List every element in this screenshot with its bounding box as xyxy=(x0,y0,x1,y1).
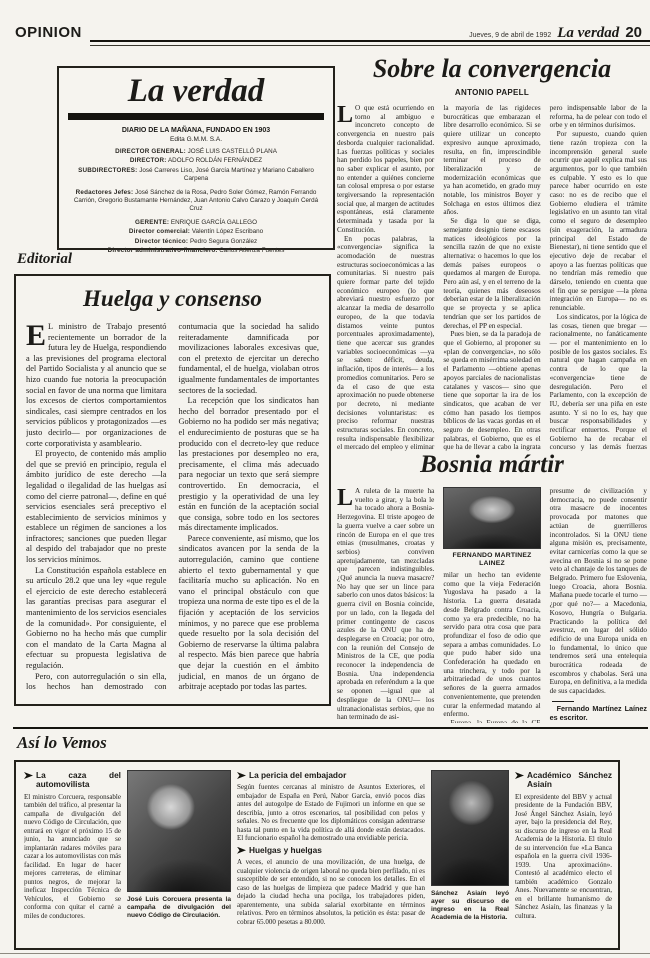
asi-item-text: Según fuentes cercanas al ministro de As… xyxy=(237,783,425,843)
article-paragraph: Europa, la Europa de la CE que xyxy=(443,719,540,723)
asi-item-heading: Huelgas y huelgas xyxy=(237,846,425,855)
editorial-paragraph: La Constitución española establece en su… xyxy=(26,566,167,672)
staff-line: DIRECTOR: ADOLFO ROLDÁN FERNÁNDEZ xyxy=(71,157,321,165)
masthead-edita-line: Edita G.M.M. S.A. xyxy=(59,135,333,144)
asi-item-text: A veces, el anuncio de una movilización,… xyxy=(237,858,425,926)
bosnia-column-left: LA ruleta de la muerte ha vuelto a girar… xyxy=(337,487,434,723)
asi-item-caza: La caza del automovilista El ministro Co… xyxy=(24,770,121,940)
staff-line: DIRECTOR GENERAL: JOSÉ LUIS CASTELLÓ PLA… xyxy=(71,148,321,156)
signature-rule xyxy=(552,701,574,702)
asi-photo-column-asiain: Sánchez Asiaín leyó ayer su discurso de … xyxy=(431,770,509,940)
staff-value: Pedro Segura González xyxy=(190,238,257,245)
section-bullet-icon xyxy=(237,847,246,854)
editorial-paragraph: La recepción que los sindicatos han hech… xyxy=(179,396,320,534)
staff-value: José Carreres Liso, José García Martínez… xyxy=(139,167,314,182)
staff-line: Director comercial: Valentín López Escri… xyxy=(71,228,321,236)
masthead-divider xyxy=(68,113,324,120)
asi-item-pericia-huelgas: La pericia del embajador Según fuentes c… xyxy=(237,770,425,940)
page-bottom-rule xyxy=(0,953,650,954)
section-bullet-icon xyxy=(515,772,524,779)
editorial-title: Huelga y consenso xyxy=(26,284,319,314)
article-paragraph: LA ruleta de la muerte ha vuelto a girar… xyxy=(337,487,434,722)
newspaper-page: OPINION Jueves, 9 de abril de 1992 La ve… xyxy=(0,0,650,958)
asi-lo-vemos-rule xyxy=(13,727,648,729)
bosnia-column-center: FERNANDO MARTINEZ LAINEZ milar un hecho … xyxy=(443,487,540,723)
staff-value: ADOLFO ROLDÁN FERNÁNDEZ xyxy=(168,157,262,164)
asi-item-text: El ministro Corcuera, responsable tambié… xyxy=(24,793,121,921)
masthead-founded-line: DIARIO DE LA MAÑANA, FUNDADO EN 1903 xyxy=(59,126,333,135)
bosnia-article: Bosnia mártir LA ruleta de la muerte ha … xyxy=(337,450,647,723)
bosnia-author-byline: FERNANDO MARTINEZ LAINEZ xyxy=(443,552,540,568)
section-bullet-icon xyxy=(24,772,33,779)
asiain-photo-caption: Sánchez Asiaín leyó ayer su discurso de … xyxy=(431,890,509,922)
staff-line: Director técnico: Pedro Segura González xyxy=(71,238,321,246)
asi-photo-column-corcuera: José Luis Corcuera presenta la campaña d… xyxy=(127,770,231,940)
header-rule xyxy=(90,40,650,46)
staff-line: SUBDIRECTORES: José Carreres Liso, José … xyxy=(71,167,321,184)
staff-value: Carlos Atienza Fuentes xyxy=(219,247,284,254)
asi-item-title: Huelgas y huelgas xyxy=(249,846,322,855)
convergencia-title: Sobre la convergencia xyxy=(337,54,647,84)
asi-item-title: Académico Sánchez Asiaín xyxy=(527,771,612,790)
asi-item-heading: La pericia del embajador xyxy=(237,771,425,780)
staff-label: Director administrativo-financiero. xyxy=(108,247,218,254)
article-signature: Fernando Martínez Laínez es escritor. xyxy=(550,705,647,722)
asiain-photo xyxy=(431,770,509,886)
bosnia-columns: LA ruleta de la muerte ha vuelto a girar… xyxy=(337,487,647,723)
editorial-box: Huelga y consenso EL ministro de Trabajo… xyxy=(14,274,331,706)
masthead-box: La verdad DIARIO DE LA MAÑANA, FUNDADO E… xyxy=(57,66,335,250)
staff-label: GERENTE: xyxy=(135,219,169,226)
section-bullet-icon xyxy=(237,772,246,779)
editorial-section-label: Editorial xyxy=(17,251,72,268)
staff-value: Valentín López Escribano xyxy=(192,228,263,235)
asi-item-academico: Académico Sánchez Asiaín El expresidente… xyxy=(515,770,612,940)
convergencia-dropcap: L xyxy=(337,104,355,125)
staff-line: Redactores Jefes: José Sánchez de la Ros… xyxy=(71,189,321,214)
staff-value: ENRIQUE GARCÍA GALLEGO xyxy=(171,219,257,226)
corcuera-photo-caption: José Luis Corcuera presenta la campaña d… xyxy=(127,896,231,920)
staff-label: DIRECTOR: xyxy=(130,157,167,164)
convergencia-body: LO que está ocurriendo en torno al ambig… xyxy=(337,104,647,454)
editorial-body: EL ministro de Trabajo presentó reciente… xyxy=(26,322,319,696)
edition-date: Jueves, 9 de abril de 1992 xyxy=(469,32,551,39)
asi-lo-vemos-title: Así lo Vemos xyxy=(17,733,107,753)
asi-item-title: La pericia del embajador xyxy=(249,771,346,780)
asi-item-heading: La caza del automovilista xyxy=(24,771,121,790)
asi-item-heading: Académico Sánchez Asiaín xyxy=(515,771,612,790)
staff-label: Director técnico: xyxy=(135,238,188,245)
bosnia-dropcap: L xyxy=(337,487,355,508)
asi-item-text: El expresidente del BBV y actual preside… xyxy=(515,793,612,921)
staff-label: SUBDIRECTORES: xyxy=(78,167,137,174)
asi-item-title: La caza del automovilista xyxy=(36,771,121,790)
article-paragraph: Por supuesto, cuando quien tiene razón t… xyxy=(550,130,647,313)
editorial-paragraph: El proyecto, de contenido más amplio del… xyxy=(26,449,167,566)
editorial-paragraph: Parece conveniente, así mismo, que los s… xyxy=(179,534,320,693)
page-number: 20 xyxy=(625,24,642,41)
bosnia-title: Bosnia mártir xyxy=(337,450,647,480)
asi-lo-vemos-box: La caza del automovilista El ministro Co… xyxy=(14,760,620,950)
staff-label: Director comercial: xyxy=(129,228,190,235)
bosnia-column-right: presume de civilización y democracia, no… xyxy=(550,487,647,723)
staff-line: Director administrativo-financiero. Carl… xyxy=(71,247,321,255)
staff-label: DIRECTOR GENERAL: xyxy=(115,148,186,155)
editorial-paragraph: EL ministro de Trabajo presentó reciente… xyxy=(26,322,167,449)
bosnia-author-photo xyxy=(443,487,540,549)
convergencia-byline: ANTONIO PAPELL xyxy=(337,88,647,97)
article-paragraph: milar un hecho tan evidente como que la … xyxy=(443,571,540,719)
convergencia-article: Sobre la convergencia ANTONIO PAPELL LO … xyxy=(337,54,647,454)
corcuera-photo xyxy=(127,770,231,892)
masthead-title: La verdad xyxy=(59,73,333,109)
article-paragraph: LO que está ocurriendo en torno al ambig… xyxy=(337,104,434,235)
staff-value: JOSÉ LUIS CASTELLÓ PLANA xyxy=(188,148,277,155)
staff-label: Redactores Jefes: xyxy=(76,189,134,196)
section-label: OPINION xyxy=(15,24,82,41)
article-paragraph: Se diga lo que se diga, semejante design… xyxy=(443,217,540,330)
editorial-dropcap: E xyxy=(26,322,48,347)
staff-line: GERENTE: ENRIQUE GARCÍA GALLEGO xyxy=(71,219,321,227)
article-paragraph: presume de civilización y democracia, no… xyxy=(550,487,647,696)
